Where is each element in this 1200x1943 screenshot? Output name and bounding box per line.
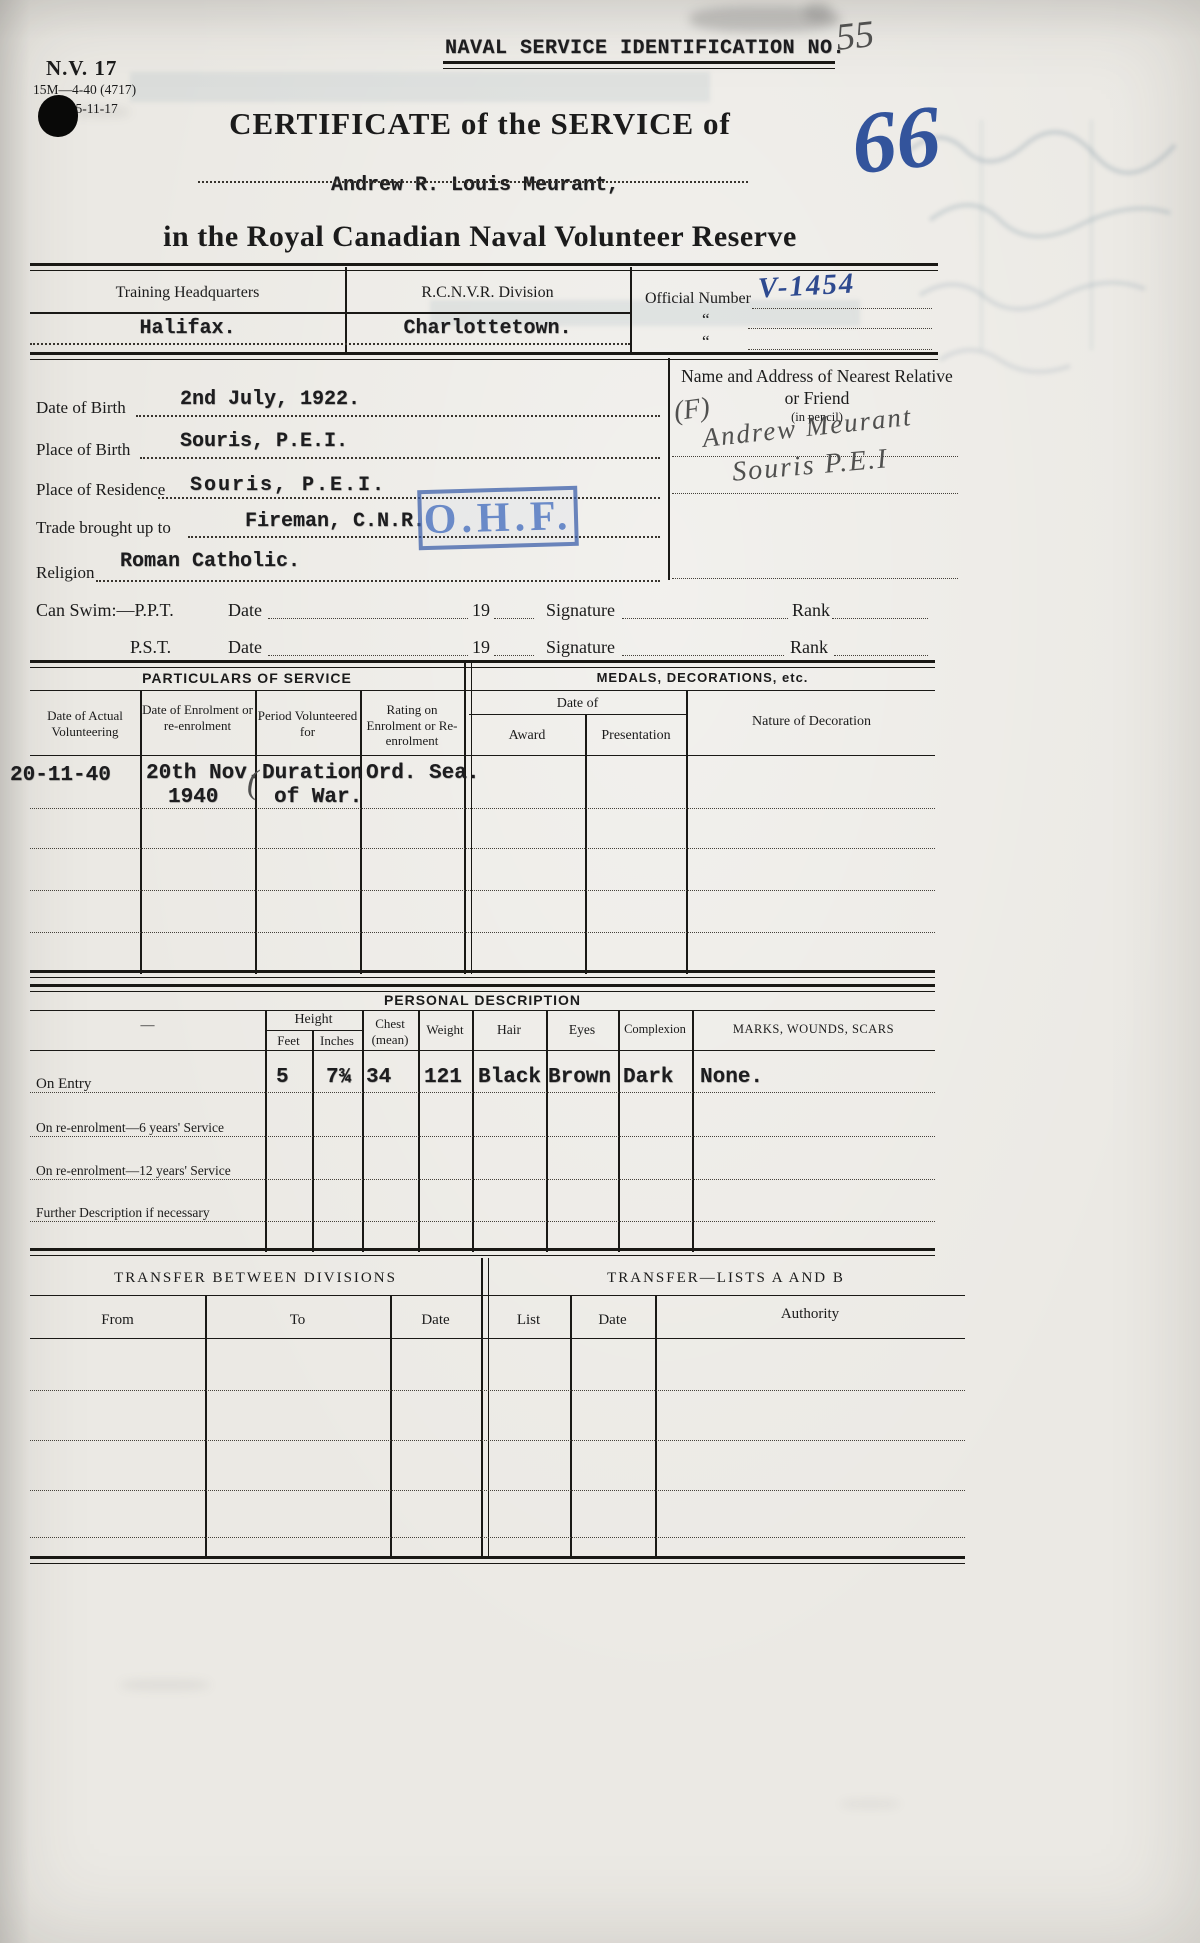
row-separator [30, 1390, 965, 1391]
transfer-lists-title: TRANSFER—LISTS A AND B [487, 1270, 965, 1287]
row-separator [30, 890, 935, 891]
weight-heading: Weight [418, 1022, 472, 1038]
handwritten-relative-address: Souris P.E.I [731, 443, 890, 489]
row-separator [30, 1179, 935, 1180]
print-code: 15M—4-40 (4717) [33, 82, 136, 98]
handwritten-official-number: V-1454 [757, 267, 856, 305]
personal-description-title: PERSONAL DESCRIPTION [30, 992, 935, 1008]
col-volunteering: Date of Actual Volunteering [32, 708, 138, 739]
bleedthrough-handwriting [900, 110, 1190, 410]
handwritten-id-number: 55 [834, 12, 876, 60]
table-divider [418, 1010, 420, 1252]
row-separator [30, 1221, 935, 1222]
handwritten-folio-number: 66 [847, 86, 945, 196]
entry-hair: Black [478, 1066, 541, 1089]
col-enrolment: Date of Enrolment or re-enrolment [142, 702, 253, 733]
leader-dots [748, 328, 932, 329]
year-prefix: 19 [472, 600, 490, 621]
field-value-religion: Roman Catholic. [120, 550, 300, 573]
table-divider [692, 1010, 694, 1252]
table-rule [30, 1338, 965, 1339]
table-divider [312, 1030, 314, 1252]
field-label-trade: Trade brought up to [36, 518, 171, 538]
field-label-place-of-residence: Place of Residence [36, 480, 165, 500]
division-value: Charlottetown. [345, 317, 630, 340]
leader-dots [136, 415, 660, 417]
certificate-document: N.V. 17 15M—4-40 (4717) 815-11-17 NAVAL … [0, 0, 1200, 1943]
table-divider [546, 1010, 548, 1252]
date-label: Date [228, 637, 262, 658]
can-swim-ppt-label: Can Swim:—P.P.T. [36, 600, 174, 621]
row-separator [30, 1092, 935, 1093]
row-separator [30, 932, 935, 933]
leader-dots [494, 655, 534, 656]
particulars-title: PARTICULARS OF SERVICE [30, 670, 464, 686]
date-label: Date [228, 600, 262, 621]
entry-enrolment-date-line1: 20th Nov. [146, 762, 259, 785]
official-number-label: Official Number [645, 290, 751, 308]
entry-eyes: Brown [548, 1066, 611, 1089]
name-leader-line [198, 181, 748, 183]
table-rule [30, 755, 935, 756]
row-separator [30, 1537, 965, 1538]
award-heading: Award [470, 728, 584, 745]
table-rule [30, 1050, 935, 1051]
table-divider [472, 1010, 474, 1252]
leader-dots [494, 618, 534, 619]
complexion-heading: Complexion [618, 1022, 692, 1037]
table-rule [30, 1010, 935, 1011]
signature-label: Signature [546, 600, 615, 621]
header-col-division: R.C.N.V.R. Division [345, 284, 630, 302]
relative-heading: Name and Address of Nearest Relative or … [676, 366, 958, 410]
table-divider [570, 1295, 572, 1558]
training-hq-value: Halifax. [30, 317, 345, 340]
date-of-heading: Date of [470, 696, 685, 713]
leader-dots [622, 618, 788, 619]
table-divider [481, 1258, 489, 1558]
leader-dots [672, 493, 958, 494]
table-divider [630, 267, 632, 352]
table-rule [30, 690, 935, 691]
medals-title: MEDALS, DECORATIONS, etc. [470, 670, 935, 685]
authority-heading: Authority [655, 1306, 965, 1323]
table-rule [30, 1295, 965, 1296]
date-heading-left: Date [390, 1312, 481, 1329]
table-divider [390, 1295, 392, 1558]
row-separator [30, 808, 935, 809]
handwritten-bracket: ( [247, 764, 258, 802]
list-heading: List [487, 1312, 570, 1329]
entry-period-line1: Duration [262, 762, 363, 785]
service-member-name: Andrew R. Louis Meurant, [180, 174, 770, 197]
nature-heading: Nature of Decoration [688, 714, 935, 731]
smudge-mark [840, 1800, 900, 1808]
bleedthrough-band [130, 72, 710, 102]
rank-label: Rank [790, 637, 828, 658]
smudge-mark [120, 1680, 210, 1690]
hair-heading: Hair [472, 1022, 546, 1038]
entry-rating: Ord. Sea. [366, 762, 479, 785]
presentation-heading: Presentation [587, 728, 685, 745]
leader-dots [672, 578, 958, 579]
table-divider [585, 714, 587, 974]
bleedthrough-line [1090, 120, 1093, 350]
form-number: N.V. 17 [46, 56, 117, 81]
leader-dots [622, 655, 784, 656]
leader-dots [140, 457, 660, 459]
row-separator [30, 1490, 965, 1491]
can-swim-pst-label: P.S.T. [130, 637, 171, 658]
entry-feet: 5 [276, 1066, 289, 1089]
leader-dots [268, 655, 468, 656]
table-divider [618, 1010, 620, 1252]
col-period: Period Volunteered for [257, 708, 358, 739]
entry-volunteering-date: 20-11-40 [10, 764, 111, 787]
ohf-stamp: O.H.F. [417, 486, 579, 550]
table-divider [205, 1295, 207, 1558]
transfer-divisions-title: TRANSFER BETWEEN DIVISIONS [30, 1270, 481, 1287]
leader-dots [748, 349, 932, 350]
leader-dots [752, 308, 932, 309]
reserve-subtitle: in the Royal Canadian Naval Volunteer Re… [80, 220, 880, 254]
table-rule [30, 970, 935, 978]
bleedthrough-line [980, 120, 983, 350]
entry-marks: None. [700, 1066, 763, 1089]
row-label-reenrolment-6: On re-enrolment—6 years' Service [36, 1120, 224, 1136]
to-heading: To [205, 1312, 390, 1329]
field-label-date-of-birth: Date of Birth [36, 398, 126, 418]
date-heading-right: Date [570, 1312, 655, 1329]
field-value-date-of-birth: 2nd July, 1922. [180, 388, 360, 411]
table-rule [30, 1248, 935, 1256]
panel-divider [668, 358, 670, 580]
blank-col-dash: — [30, 1018, 265, 1034]
leader-dots [96, 580, 660, 582]
field-value-place-of-birth: Souris, P.E.I. [180, 430, 348, 453]
punch-hole [38, 95, 78, 137]
field-label-place-of-birth: Place of Birth [36, 440, 130, 460]
eyes-heading: Eyes [546, 1022, 618, 1038]
field-label-religion: Religion [36, 563, 95, 583]
entry-chest: 34 [366, 1066, 391, 1089]
table-rule [30, 312, 630, 314]
row-label-reenrolment-12: On re-enrolment—12 years' Service [36, 1163, 231, 1179]
leader-dots [832, 618, 928, 619]
row-label-further-description: Further Description if necessary [36, 1205, 210, 1221]
height-heading: Height [265, 1012, 362, 1028]
field-value-trade: Fireman, C.N.R. [245, 510, 425, 533]
smudge-mark [805, 2, 831, 22]
entry-weight: 121 [424, 1066, 462, 1089]
field-value-place-of-residence: Souris, P.E.I. [190, 474, 386, 497]
table-rule [30, 352, 938, 360]
leader-dots [268, 618, 468, 619]
leader-dots [834, 655, 928, 656]
table-divider [655, 1295, 657, 1558]
id-heading: NAVAL SERVICE IDENTIFICATION NO. [445, 37, 845, 60]
table-rule [469, 714, 686, 715]
row-separator [30, 1136, 935, 1137]
table-rule [30, 660, 935, 668]
ditto-mark: “ [702, 332, 710, 352]
leader-dots [158, 497, 660, 499]
col-rating: Rating on Enrolment or Re-enrolment [362, 702, 462, 749]
certificate-title: CERTIFICATE of the SERVICE of [170, 106, 790, 142]
marks-heading: MARKS, WOUNDS, SCARS [692, 1022, 935, 1037]
ditto-mark: “ [702, 310, 710, 330]
chest-heading: Chest (mean) [364, 1016, 416, 1047]
table-rule [30, 984, 935, 992]
table-rule [30, 1556, 965, 1564]
header-col-training: Training Headquarters [30, 284, 345, 302]
entry-inches: 7¾ [326, 1066, 351, 1089]
entry-complexion: Dark [623, 1066, 673, 1089]
row-label-on-entry: On Entry [36, 1076, 91, 1093]
inches-heading: Inches [312, 1033, 362, 1049]
row-separator [30, 848, 935, 849]
signature-label: Signature [546, 637, 615, 658]
entry-period-line2: of War. [274, 786, 362, 809]
leader-dots [30, 343, 630, 345]
from-heading: From [30, 1312, 205, 1329]
feet-heading: Feet [265, 1033, 312, 1049]
id-heading-underline [443, 61, 835, 69]
year-prefix: 19 [472, 637, 490, 658]
row-separator [30, 1440, 965, 1441]
entry-enrolment-date-line2: 1940 [168, 786, 218, 809]
rank-label: Rank [792, 600, 830, 621]
